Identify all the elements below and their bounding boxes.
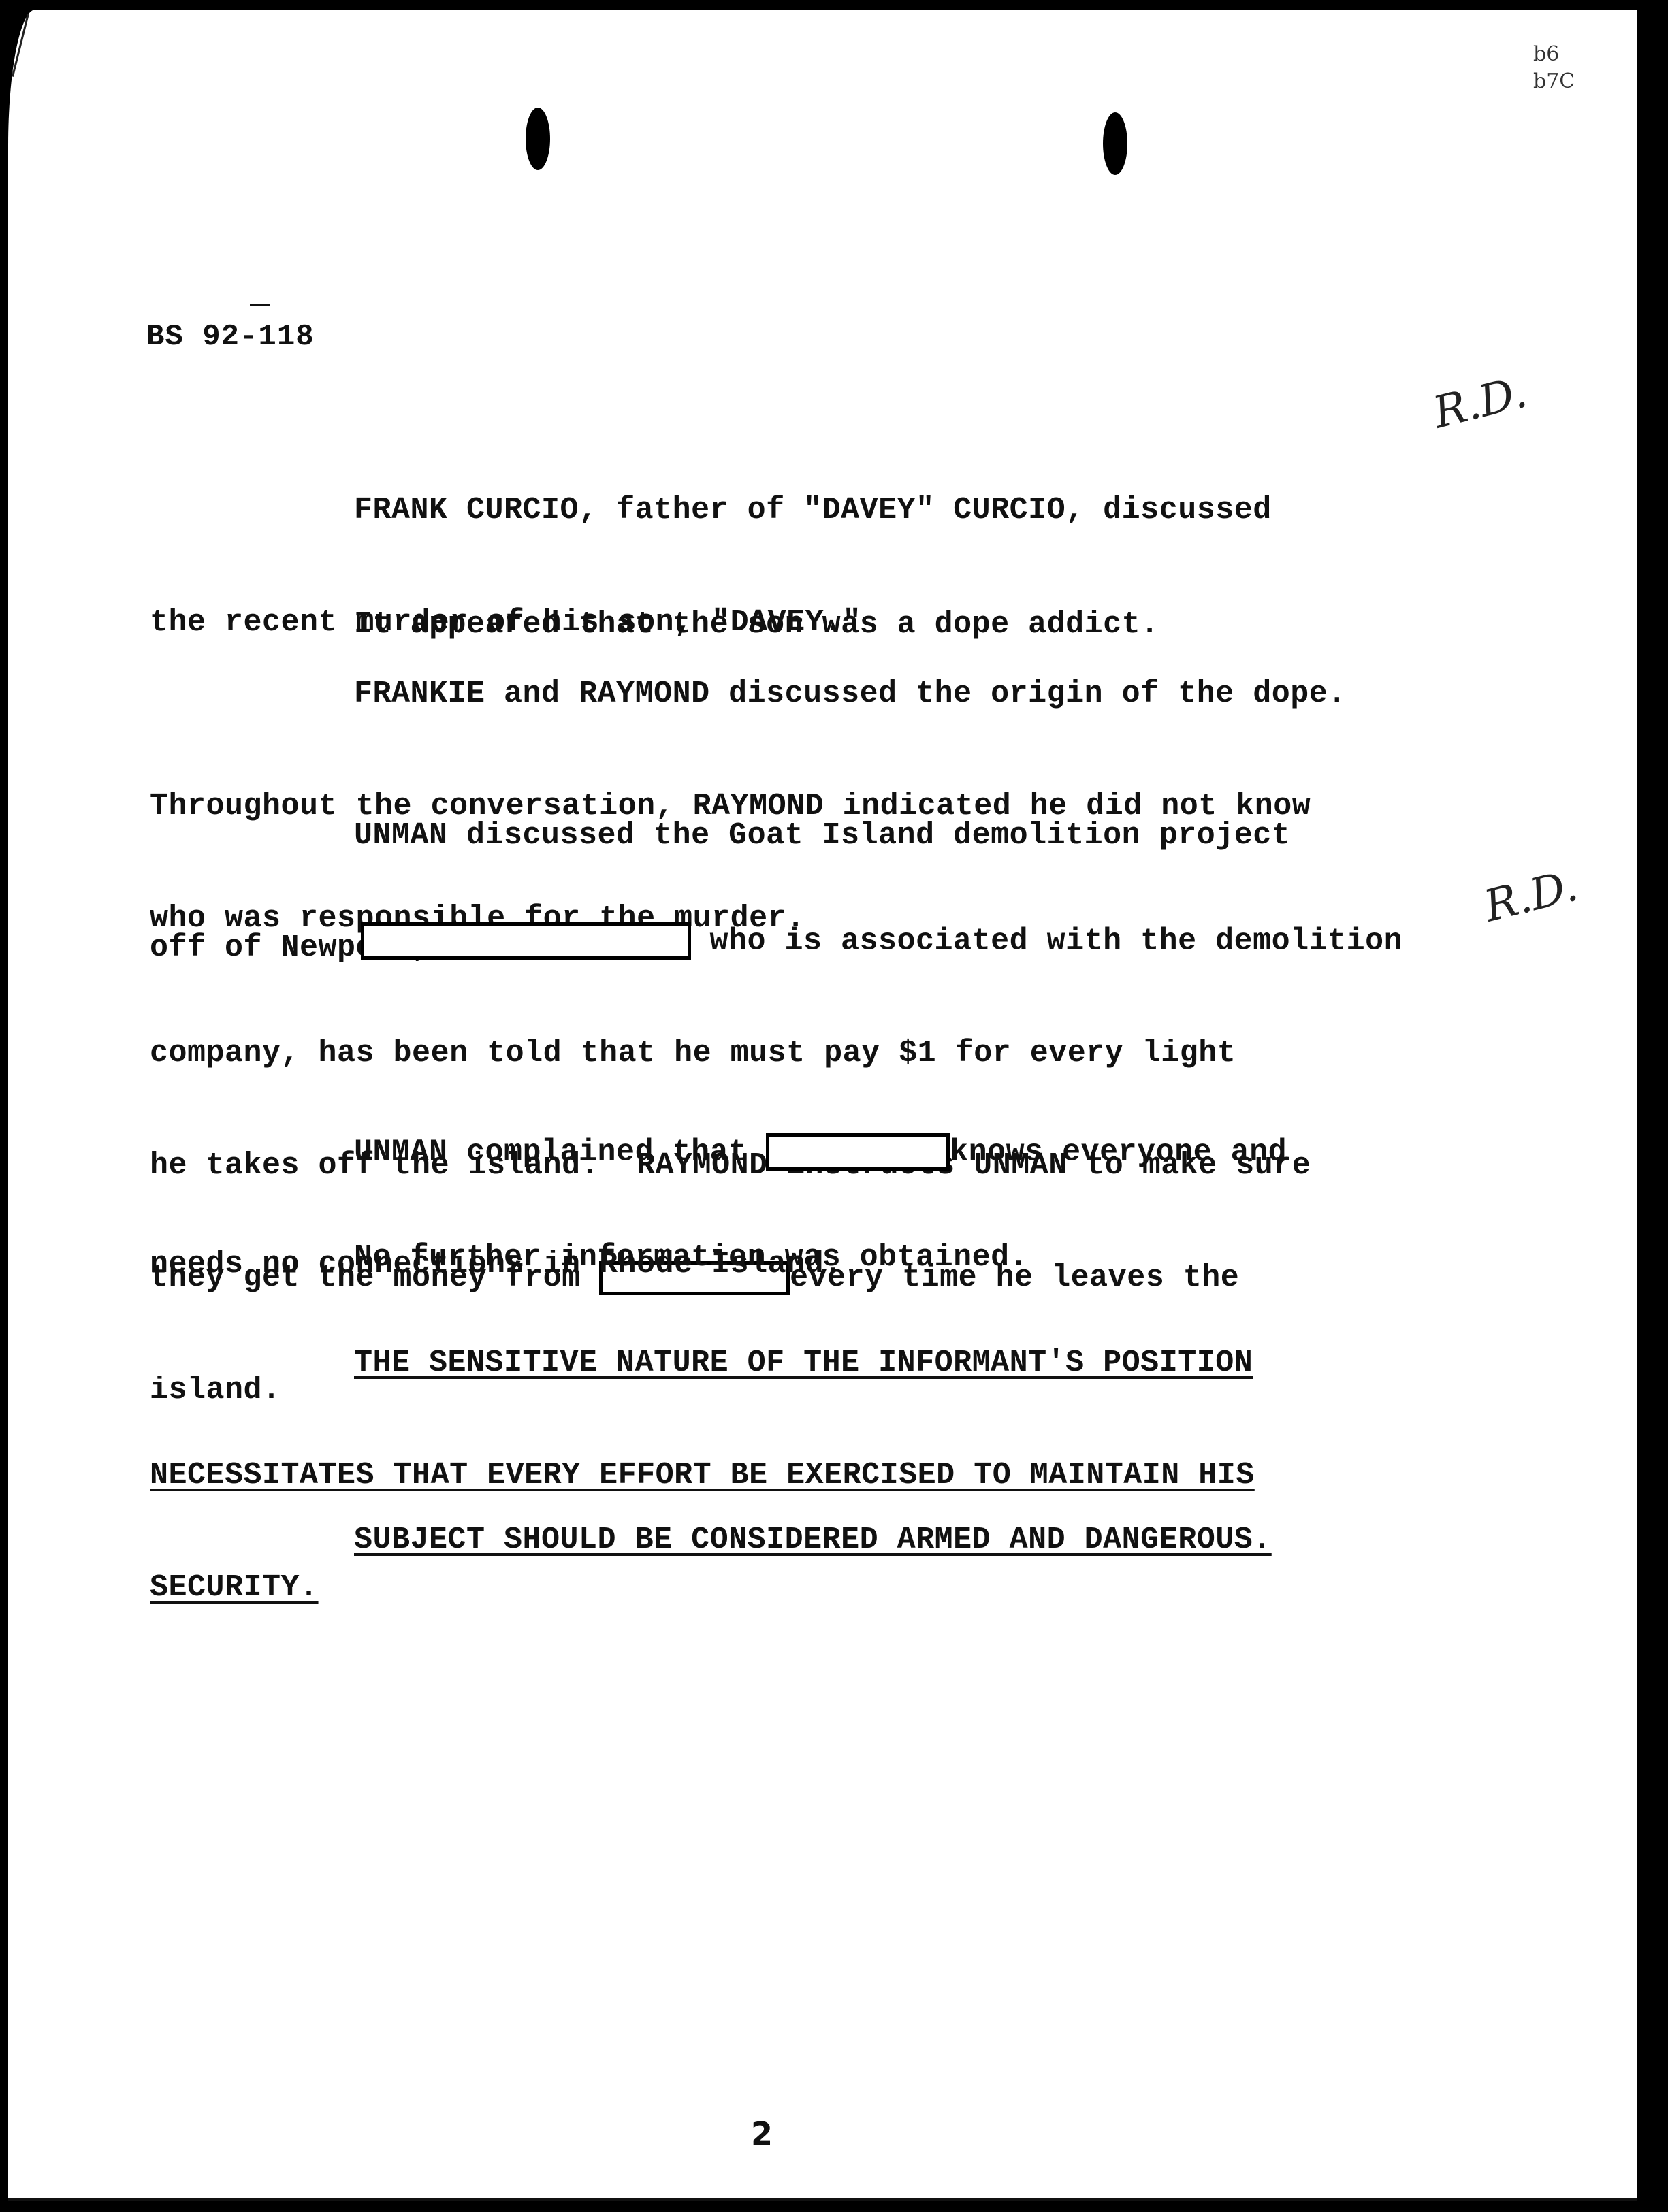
- text-line: FRANK CURCIO, father of "DAVEY" CURCIO, …: [150, 491, 1437, 529]
- file-number: BS 92-118: [146, 320, 315, 354]
- text-line: who is associated with the demolition: [150, 922, 1437, 960]
- text-line: FRANKIE and RAYMOND discussed the origin…: [150, 675, 1437, 713]
- punch-hole-icon: [526, 108, 550, 170]
- scan-border-right: [1637, 0, 1668, 2212]
- punch-hole-icon: [1103, 112, 1127, 175]
- text-line: THE SENSITIVE NATURE OF THE INFORMANT'S …: [150, 1344, 1437, 1382]
- text-line: SUBJECT SHOULD BE CONSIDERED ARMED AND D…: [150, 1521, 1437, 1559]
- scan-border-left: [0, 0, 8, 2212]
- paragraph-armed-and-dangerous: SUBJECT SHOULD BE CONSIDERED ARMED AND D…: [150, 1446, 1437, 1596]
- page-number: 2: [751, 2115, 773, 2152]
- underlined-text: THE SENSITIVE NATURE OF THE INFORMANT'S …: [354, 1346, 1253, 1380]
- overstrike-mark: [250, 304, 270, 306]
- foia-exemption-codes: b6 b7C: [1533, 41, 1575, 95]
- exemption-code: b6: [1533, 41, 1575, 68]
- page-bottom-edge: [8, 2198, 1637, 2201]
- exemption-code: b7C: [1533, 68, 1575, 95]
- redaction-box: [361, 922, 691, 960]
- file-number-text: BS 92-118: [146, 320, 315, 354]
- text-fragment: who is associated with the demolition: [691, 924, 1402, 958]
- underlined-text: SUBJECT SHOULD BE CONSIDERED ARMED AND D…: [354, 1523, 1272, 1557]
- scan-border-bottom: [0, 2201, 1668, 2212]
